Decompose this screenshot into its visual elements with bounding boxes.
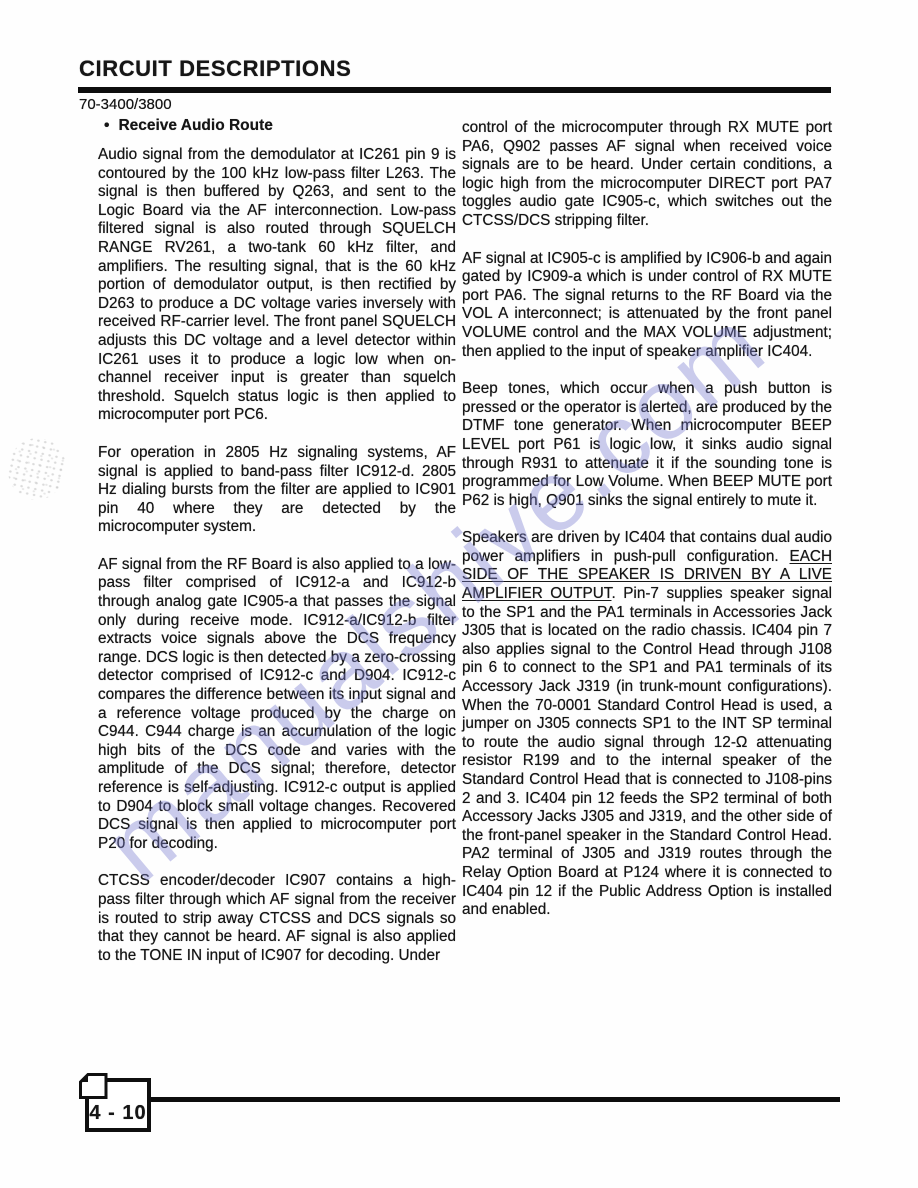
bullet-icon: • xyxy=(104,117,109,134)
header-rule xyxy=(78,87,831,93)
paragraph-text: Speakers are driven by IC404 that contai… xyxy=(462,529,832,565)
folded-page-icon xyxy=(79,1073,108,1099)
footer-rule xyxy=(151,1097,840,1102)
paragraph: Speakers are driven by IC404 that contai… xyxy=(462,529,832,919)
paragraph: Audio signal from the demodulator at IC2… xyxy=(98,146,456,425)
right-column: control of the microcomputer through RX … xyxy=(462,119,832,939)
page-number: 4 - 10 xyxy=(89,1102,146,1125)
paragraph: CTCSS encoder/decoder IC907 contains a h… xyxy=(98,872,456,965)
paragraph: control of the microcomputer through RX … xyxy=(462,119,832,231)
section-heading: •Receive Audio Route xyxy=(104,117,273,135)
paragraph: Beep tones, which occur when a push butt… xyxy=(462,380,832,510)
manual-page: CIRCUIT DESCRIPTIONS 70-3400/3800 •Recei… xyxy=(0,0,918,1188)
scan-smudge xyxy=(2,433,72,506)
page-title: CIRCUIT DESCRIPTIONS xyxy=(79,56,351,82)
paragraph: For operation in 2805 Hz signaling syste… xyxy=(98,444,456,537)
model-number: 70-3400/3800 xyxy=(79,96,172,113)
paragraph-text: . Pin-7 supplies speaker signal to the S… xyxy=(462,585,832,918)
paragraph: AF signal from the RF Board is also appl… xyxy=(98,556,456,854)
left-column: Audio signal from the demodulator at IC2… xyxy=(98,146,456,984)
section-heading-label: Receive Audio Route xyxy=(118,117,272,134)
paragraph: AF signal at IC905-c is amplified by IC9… xyxy=(462,250,832,362)
